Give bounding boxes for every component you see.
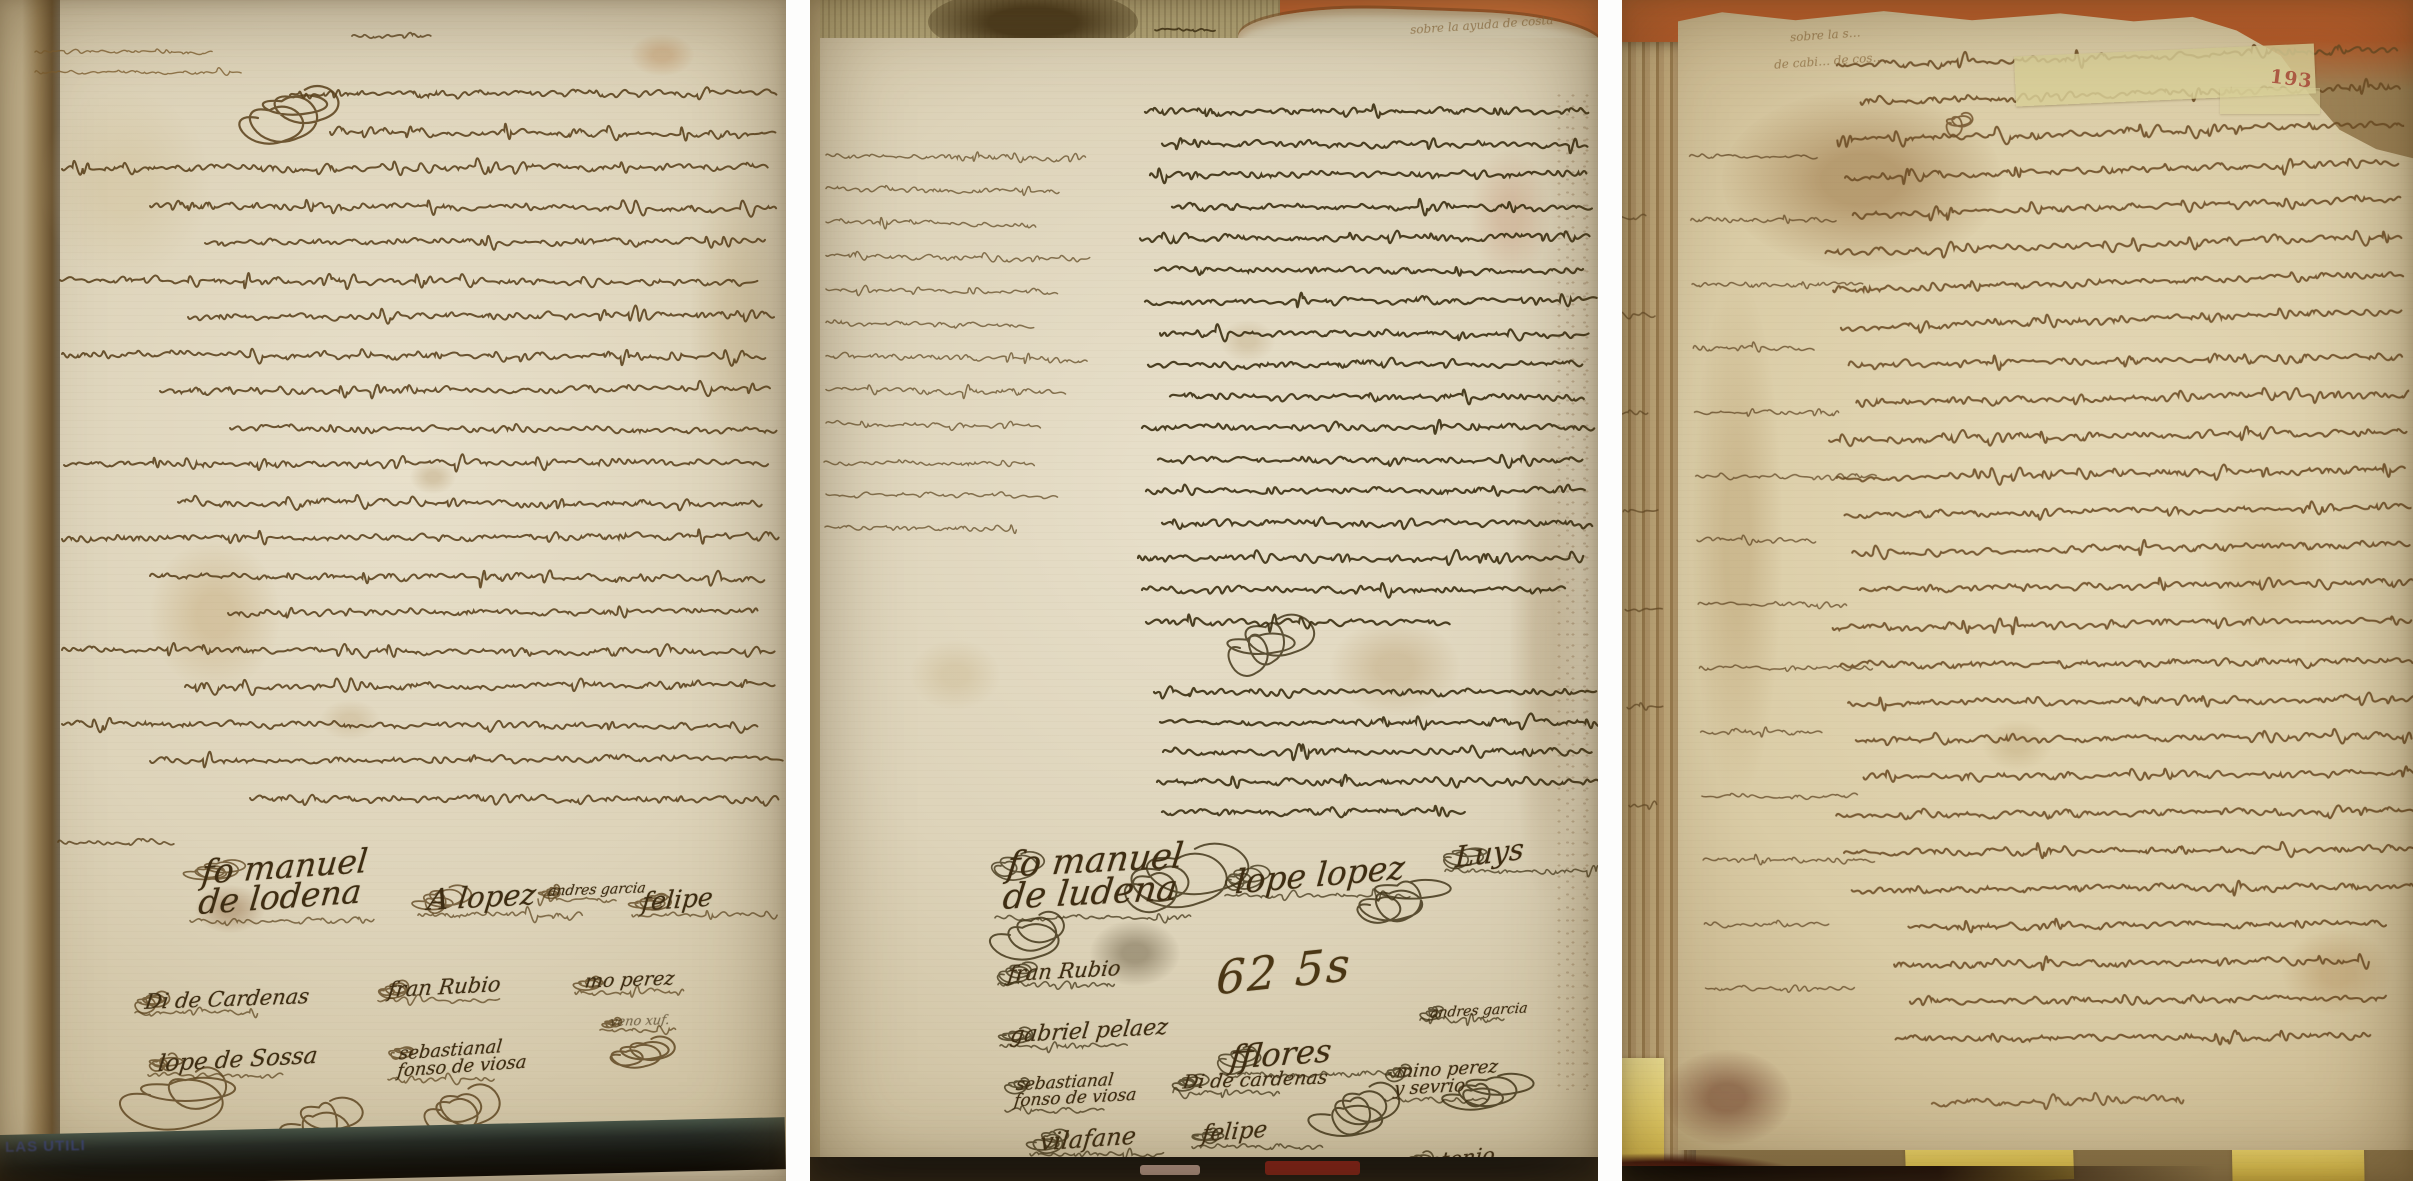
handwriting-stroke [1693,341,1814,353]
handwriting-stroke [1853,195,2401,222]
handwriting-stroke [1848,687,2413,715]
handwriting-stroke [611,1037,675,1068]
handwriting-stroke [1694,407,1838,418]
handwriting-stroke [120,1067,235,1129]
signature-line: fran Rubio [1007,959,1122,984]
handwriting-stroke [1849,348,2403,373]
signature-line: A lopez [426,881,537,914]
red-book-sliver [1265,1161,1360,1175]
handwriting-stroke [1227,615,1314,676]
table-edge-dark-strip [1622,1166,2413,1181]
handwriting-stroke [1696,470,1877,483]
handwriting-stroke [1622,312,1655,319]
signature-line: veno xuf. [609,1015,670,1029]
handwriting-stroke [1142,420,1594,434]
handwriting-stroke [1833,270,2403,293]
handwriting-stroke [160,381,770,398]
handwriting-stroke [1856,385,2410,411]
signature: veno xuf. [609,1015,670,1029]
handwriting-stroke [62,718,757,733]
signature: Di de cardenas [1182,1069,1329,1092]
handwriting-stroke [352,33,431,38]
handwriting-stroke [1145,104,1588,117]
handwriting-stroke [1863,760,2413,786]
handwriting-stroke [1162,517,1592,529]
handwriting-stroke [1155,266,1583,275]
handwriting-stroke [1157,775,1598,788]
handwriting-stroke [826,320,1034,328]
signature: fran Rubio [1007,959,1122,984]
handwriting-stroke [1910,987,2386,1010]
handwriting-stroke [1154,686,1596,698]
handwriting-stroke [1146,614,1450,631]
handwriting-stroke [1706,983,1855,994]
handwriting-stroke [1150,169,1586,184]
handwriting-stroke [1308,1083,1399,1136]
handwriting-layer [1622,0,2413,1181]
handwriting-stroke [1145,293,1597,308]
handwriting-stroke [826,285,1058,295]
handwriting-stroke [1856,724,2412,754]
handwriting-stroke [62,349,765,366]
handwriting-stroke [60,273,757,289]
handwriting-stroke [1852,877,2413,903]
handwriting-stroke [826,152,1086,163]
signature: felipe [1201,1120,1268,1146]
handwriting-stroke [150,752,783,768]
handwriting-stroke [1627,702,1663,710]
handwriting-stroke [1138,550,1583,565]
handwriting-stroke [1690,152,1818,161]
handwriting-stroke [1163,744,1592,760]
handwriting-stroke [1896,1026,2371,1050]
handwriting-stroke [205,236,765,250]
handwriting-stroke [1833,610,2412,638]
tape-strip-small [2220,88,2320,114]
signature: A lopez [426,881,537,914]
signature-line: vilafane [1039,1125,1137,1154]
handwriting-stroke [1845,157,2399,185]
handwriting-stroke [62,529,779,544]
handwriting-stroke [1852,535,2410,561]
handwriting-stroke [824,460,1034,467]
handwriting-stroke [826,186,1059,196]
signature: mo perez [584,970,676,991]
handwriting-stroke [62,643,775,658]
signature: andres garcia [547,882,646,898]
handwriting-stroke [35,49,212,54]
handwriting-stroke [1172,199,1592,215]
handwriting-stroke [826,421,1040,431]
handwriting-stroke [1625,608,1662,611]
handwriting-stroke [1702,791,1858,801]
handwriting-stroke [1701,726,1822,738]
signature-line: fran Rubio [387,975,502,1000]
signature-line: Di de cardenas [1182,1069,1329,1092]
handwriting-stroke [1148,358,1582,370]
handwriting-stroke [1623,509,1657,512]
handwriting-stroke [826,218,1036,229]
signature-line: de ludena [1001,873,1181,915]
signature-line: Di de Cardenas [144,987,311,1012]
handwriting-stroke [58,839,174,845]
handwriting-stroke [1860,573,2413,598]
handwriting-stroke [330,124,775,141]
handwriting-stroke [1704,919,1828,928]
handwriting-stroke [1691,214,1836,225]
signature: fo manuelde ludena [1001,840,1185,914]
handwriting-stroke [1170,390,1584,405]
handwriting-stroke [1622,214,1646,219]
handwriting-stroke [35,68,241,76]
signature: fran Rubio [387,975,502,1000]
handwriting-stroke [1697,534,1816,546]
handwriting-stroke [250,794,778,805]
handwriting-stroke [1629,801,1657,809]
table-edge-dark-strip [810,1157,1598,1181]
handwriting-stroke [1932,1091,2184,1111]
handwriting-stroke [1894,950,2369,978]
signature: sebastianalfonso de viosa [1013,1072,1139,1110]
handwriting-stroke [1698,600,1846,611]
handwriting-stroke [228,606,758,617]
signature: sebastianalfonso de viosa [396,1037,529,1079]
handwriting-stroke [1142,583,1565,597]
signature: mino perezy sevrio [1393,1059,1499,1098]
handwriting-stroke [1837,460,2405,488]
handwriting-stroke [150,200,776,217]
signature-line: felipe [1201,1120,1268,1146]
handwriting-stroke [1146,485,1585,496]
signature: vilafane [1039,1125,1137,1154]
photo-left-page: fo manuelde lodenaA lopezandres garciafe… [0,0,786,1181]
handwriting-stroke [1703,852,1874,866]
handwriting-stroke [188,306,774,324]
signature: felipe [641,885,714,913]
handwriting-stroke [230,424,777,433]
handwriting-layer [0,0,786,1181]
handwriting-stroke [1841,306,2402,334]
handwriting-stroke [150,570,764,587]
pink-sliver [1140,1165,1200,1175]
handwriting-stroke [1158,455,1582,468]
handwriting-stroke [826,492,1058,499]
signature: Luys [1455,836,1525,871]
handwriting-stroke [1140,231,1590,244]
handwriting-stroke [1160,324,1589,341]
signature-line: Luys [1455,836,1525,871]
signature-line: felipe [641,885,714,913]
handwriting-stroke [826,252,1090,262]
photo-center-page: sobre la ayuda de costa 62 5s fo manueld… [810,0,1598,1181]
handwriting-stroke [1160,714,1598,730]
signature-line: mo perez [584,970,676,991]
handwriting-stroke [825,525,1016,533]
handwriting-stroke [1837,119,2405,148]
handwriting-stroke [1836,799,2413,827]
handwriting-stroke [1155,28,1215,31]
handwriting-stroke [1162,806,1465,817]
handwriting-stroke [1908,912,2386,935]
photo-right-page: sobre la s… de cabi… de cos… 193 [1622,0,2413,1181]
handwriting-stroke [1844,836,2413,866]
three-manuscript-photos: fo manuelde lodenaA lopezandres garciafe… [0,0,2413,1181]
handwriting-stroke [1829,422,2407,449]
signature: Di de Cardenas [144,987,311,1012]
handwriting-stroke [62,158,768,175]
handwriting-stroke [178,495,762,510]
handwriting-stroke [64,454,768,471]
archive-strip-label: LAS UTILI [5,1135,175,1156]
handwriting-stroke [1840,650,2412,677]
handwriting-stroke [1844,500,2412,524]
signature-line: andres garcia [547,882,646,898]
handwriting-stroke [290,87,776,99]
handwriting-stroke [1825,230,2401,260]
handwriting-stroke [1699,662,1872,673]
signature: fo manuelde lodena [197,846,369,919]
handwriting-stroke [1622,410,1648,415]
handwriting-stroke [826,385,1066,399]
handwriting-stroke [826,352,1087,363]
handwriting-stroke [1946,113,1973,137]
handwriting-stroke [185,678,775,695]
handwriting-stroke [1162,138,1587,153]
